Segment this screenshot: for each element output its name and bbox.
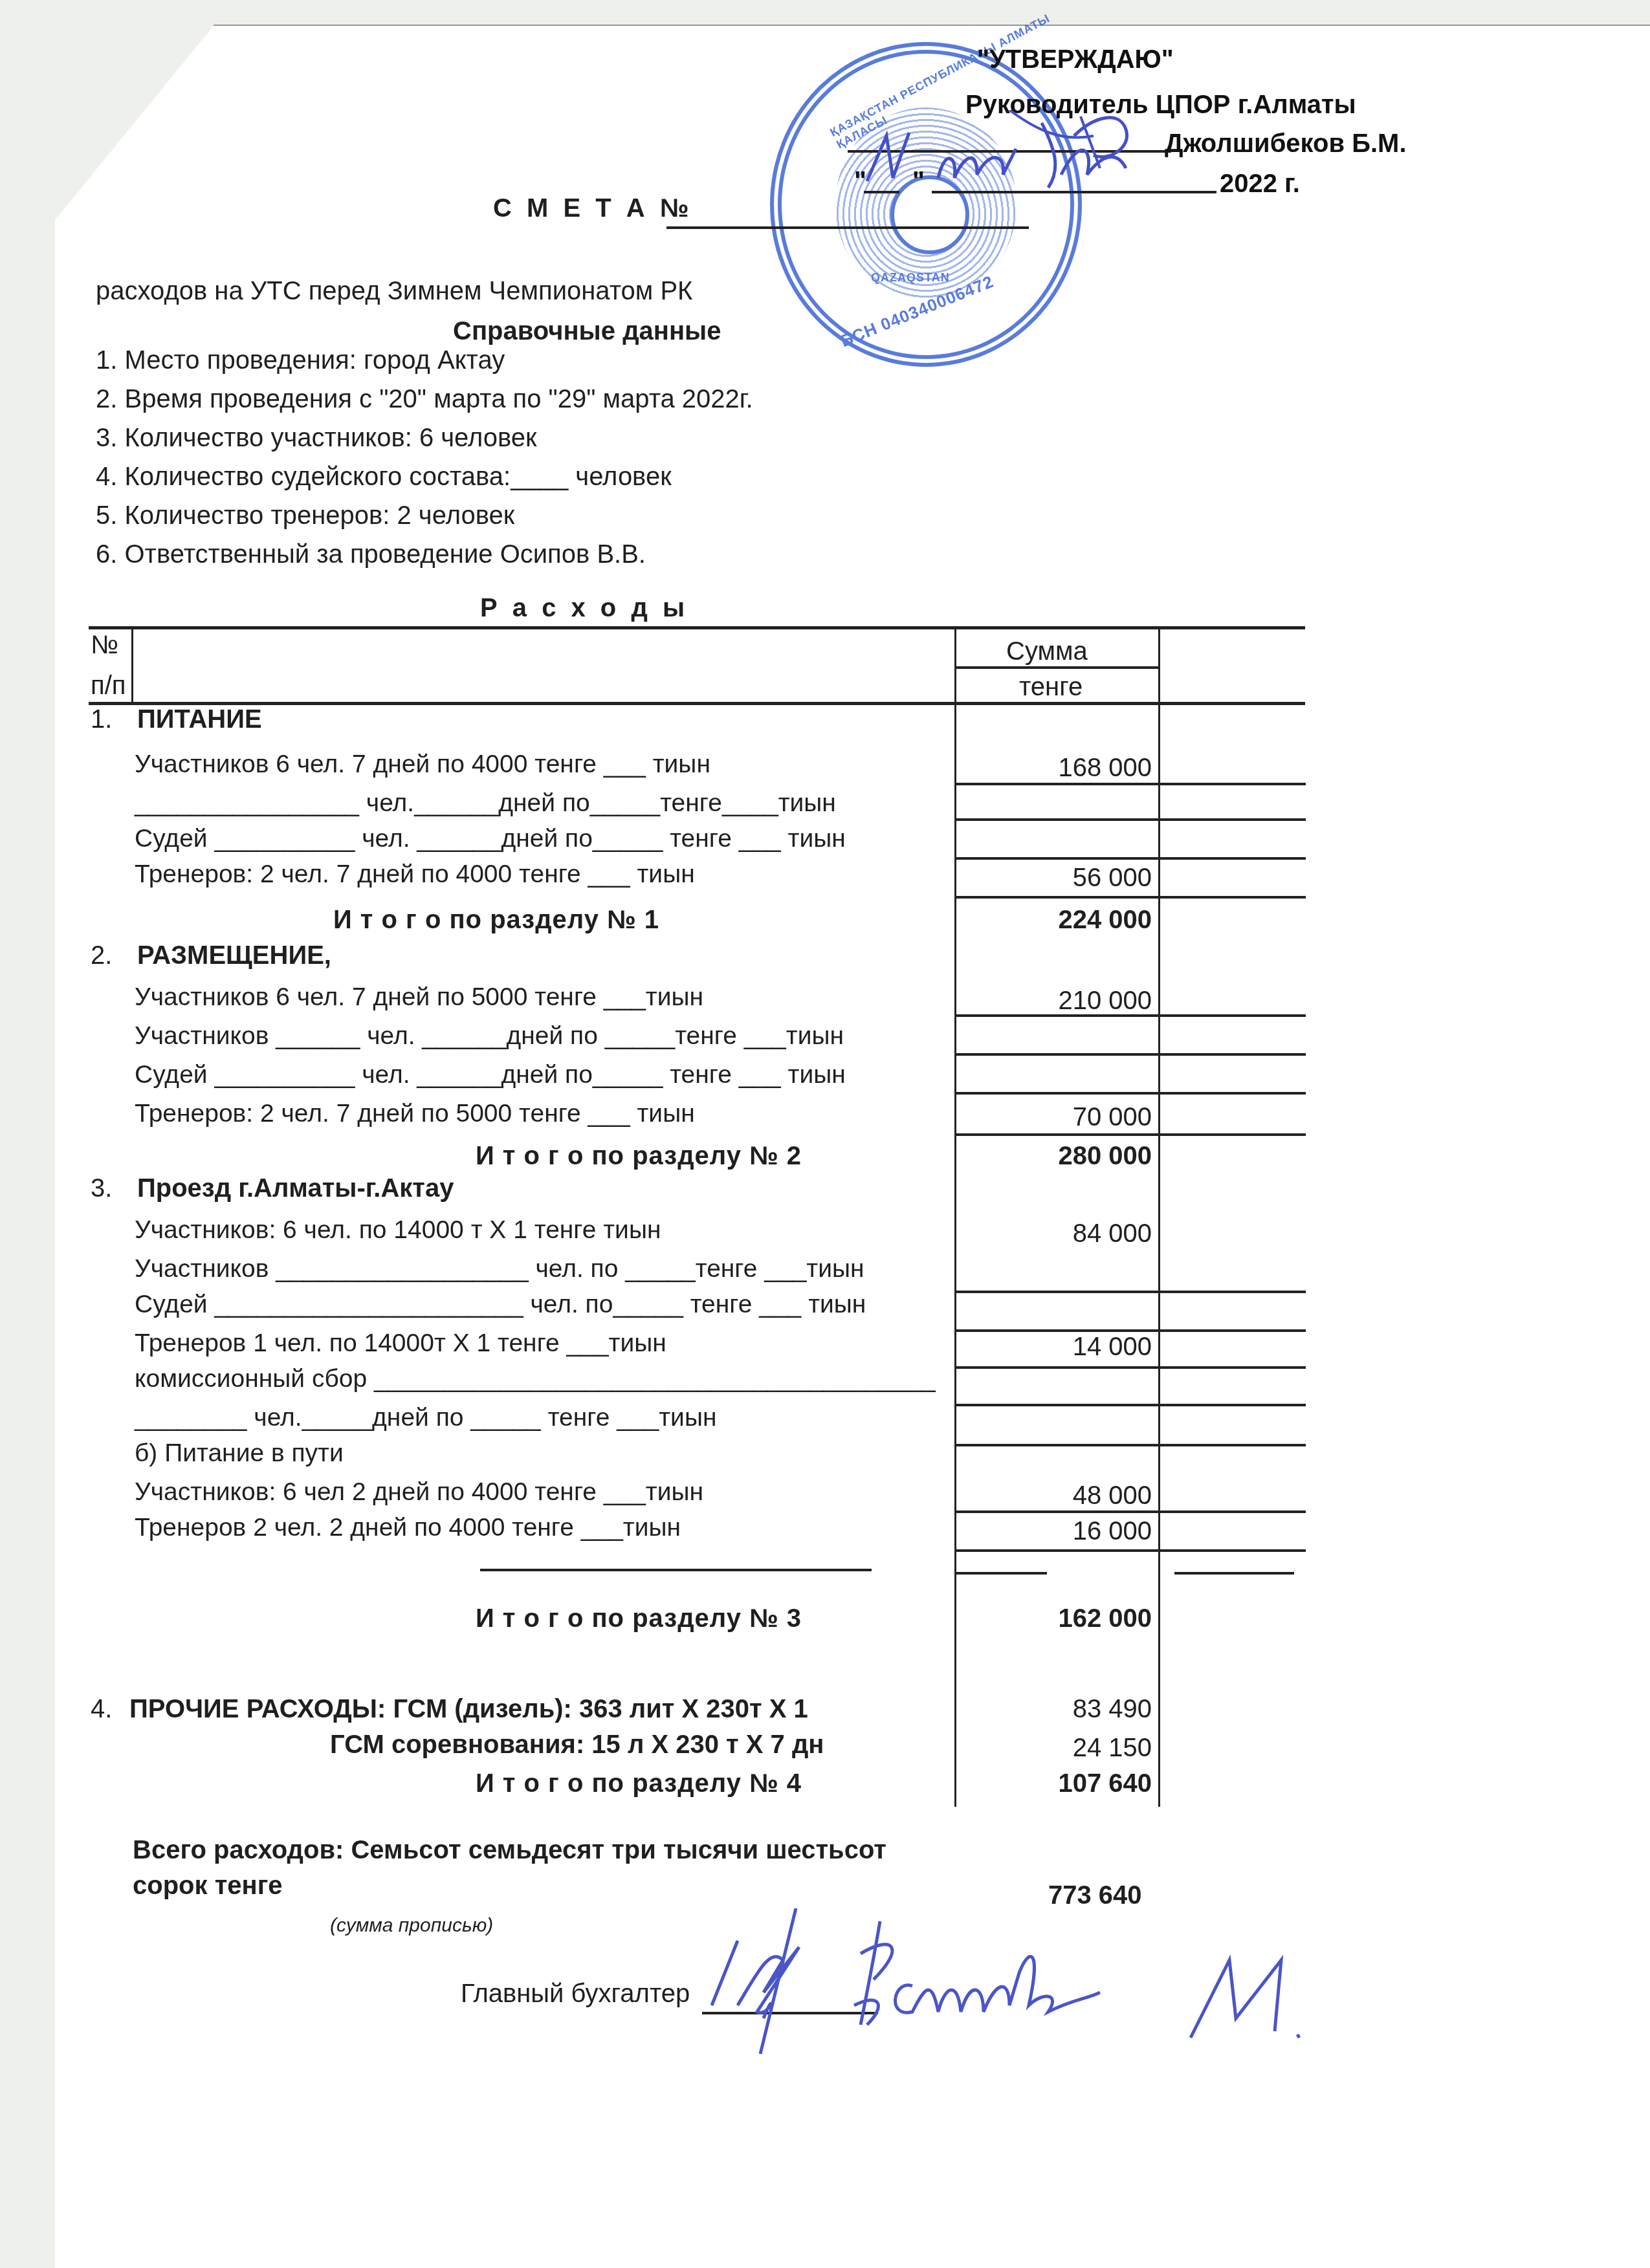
expense-row-text: ГСМ соревнования: 15 л Х 230 т Х 7 дн [330,1730,824,1760]
table-header-bottom-border [89,702,1305,705]
approver-signature-icon [848,110,1210,201]
estimate-number-line [666,226,1029,229]
section-title: Проезд г.Алматы-г.Актау [137,1174,454,1203]
reference-item: 6. Ответственный за проведение Осипов В.… [96,540,646,569]
table-row-border [480,1569,872,1571]
table-row-border [956,1444,1306,1446]
expense-row-text: Участников ______ чел. ______дней по ___… [135,1022,844,1051]
section-total-label: И т о г о по разделу № 2 [476,1142,802,1171]
reference-item: 1. Место проведения: город Актау [96,346,505,375]
expense-row-text: Судей __________ чел. ______дней по_____… [135,1061,846,1089]
expense-row-text: Судей __________ чел. ______дней по_____… [135,825,846,853]
expenses-heading: Р а с х о д ы [480,594,688,623]
table-sum-right-divider [1158,626,1160,1807]
expense-row-text: Тренеров: 2 чел. 7 дней по 5000 тенге __… [135,1100,695,1128]
chief-accountant-signature-icon [699,1908,1449,2064]
expense-row-text: Участников: 6 чел. по 14000 т Х 1 тенге … [135,1216,661,1245]
expense-row-amount: 48 000 [938,1481,1152,1510]
table-row-border [956,857,1306,860]
table-row-border [956,1092,1306,1095]
table-row-border [956,1291,1306,1293]
col-num-bottom: п/п [91,671,126,701]
table-row-border [1174,1572,1294,1575]
expense-row-amount: 16 000 [938,1517,1152,1546]
section-total-amount: 162 000 [938,1604,1152,1633]
expense-row-amount: 70 000 [938,1103,1152,1132]
table-row-border [956,1053,1306,1056]
table-num-divider [131,626,133,704]
table-sum-header-divider [954,666,1160,669]
section-number: 4. [91,1695,112,1724]
stamp-center-text: QAZAQSTAN [871,271,950,285]
reference-item: 2. Время проведения с "20" марта по "29"… [96,385,753,414]
col-num-top: № [91,631,118,660]
section-title: ПРОЧИЕ РАСХОДЫ: ГСМ (дизель): 363 лит Х … [129,1695,808,1724]
grand-total-words-line1: Всего расходов: Семьсот семьдесят три ты… [133,1836,886,1865]
section-number: 1. [91,705,112,734]
reference-item: 4. Количество судейского состава:____ че… [96,463,672,492]
table-top-border [89,626,1305,629]
grand-total-amount: 773 640 [1048,1881,1142,1910]
expense-row-text: комиссионный сбор ______________________… [135,1365,936,1393]
expense-row-amount: 24 150 [938,1734,1152,1763]
chief-accountant-label: Главный бухгалтер [461,1979,690,2009]
table-row-border [956,818,1306,821]
expense-row-amount: 168 000 [938,754,1152,783]
amount-in-words-caption: (сумма прописью) [330,1915,493,1937]
table-row-border [956,1366,1306,1369]
section-number: 2. [91,941,112,970]
reference-item: 3. Количество участников: 6 человек [96,424,537,453]
table-row-border [956,1014,1306,1017]
section-total-amount: 280 000 [938,1142,1152,1171]
expense-row-text: Судей ______________________ чел. по____… [135,1291,866,1319]
section-total-amount: 224 000 [938,906,1152,935]
approve-label: "УТВЕРЖДАЮ" [977,45,1174,74]
table-row-border [956,783,1306,785]
section-total-amount: 107 640 [938,1769,1152,1798]
expense-row-amount: 84 000 [938,1219,1152,1248]
section-title: РАЗМЕЩЕНИЕ, [137,941,331,970]
approval-year: 2022 г. [1220,169,1300,199]
table-row-border [956,1133,1306,1136]
reference-heading: Справочные данные [453,317,721,346]
expense-row-text: ________ чел._____дней по _____ тенге __… [135,1404,716,1432]
table-row-border [956,896,1306,899]
expense-row-amount: 14 000 [938,1333,1152,1362]
col-sum-bottom: тенге [1019,673,1083,702]
section-number: 3. [91,1174,112,1203]
table-row-border [956,1549,1306,1552]
estimate-subtitle: расходов на УТС перед Зимнем Чемпионатом… [96,277,692,306]
expense-row-text: ________________ чел.______дней по_____т… [135,789,836,818]
expense-row-text: Участников 6 чел. 7 дней по 4000 тенге _… [135,750,710,779]
estimate-title: С М Е Т А № [493,194,692,223]
expense-row-text: Участников: 6 чел 2 дней по 4000 тенге _… [135,1478,703,1507]
expense-row-text: Тренеров 1 чел. по 14000т Х 1 тенге ___т… [135,1329,666,1358]
table-row-border [956,1572,1047,1575]
expense-row-amount: 210 000 [938,987,1152,1016]
grand-total-words-line2: сорок тенге [133,1871,283,1901]
expense-row-text: Тренеров: 2 чел. 7 дней по 4000 тенге __… [135,860,695,889]
reference-item: 5. Количество тренеров: 2 человек [96,501,514,530]
table-row-border [956,1510,1306,1513]
expense-row-text: б) Питание в пути [135,1439,344,1468]
section-total-label: И т о г о по разделу № 4 [476,1769,802,1798]
expense-row-text: Участников 6 чел. 7 дней по 5000 тенге _… [135,983,703,1012]
section-total-label: И т о г о по разделу № 1 [333,906,659,935]
expense-row-amount: 56 000 [938,864,1152,893]
expense-row-text: Тренеров 2 чел. 2 дней по 4000 тенге ___… [135,1514,681,1542]
col-sum-top: Сумма [1006,637,1088,666]
table-row-border [956,1329,1306,1332]
table-row-border [956,1404,1306,1406]
section-title-amount: 83 490 [938,1695,1152,1724]
section-total-label: И т о г о по разделу № 3 [476,1604,802,1633]
section-title: ПИТАНИЕ [137,705,262,734]
expense-row-text: Участников __________________ чел. по __… [135,1255,864,1283]
